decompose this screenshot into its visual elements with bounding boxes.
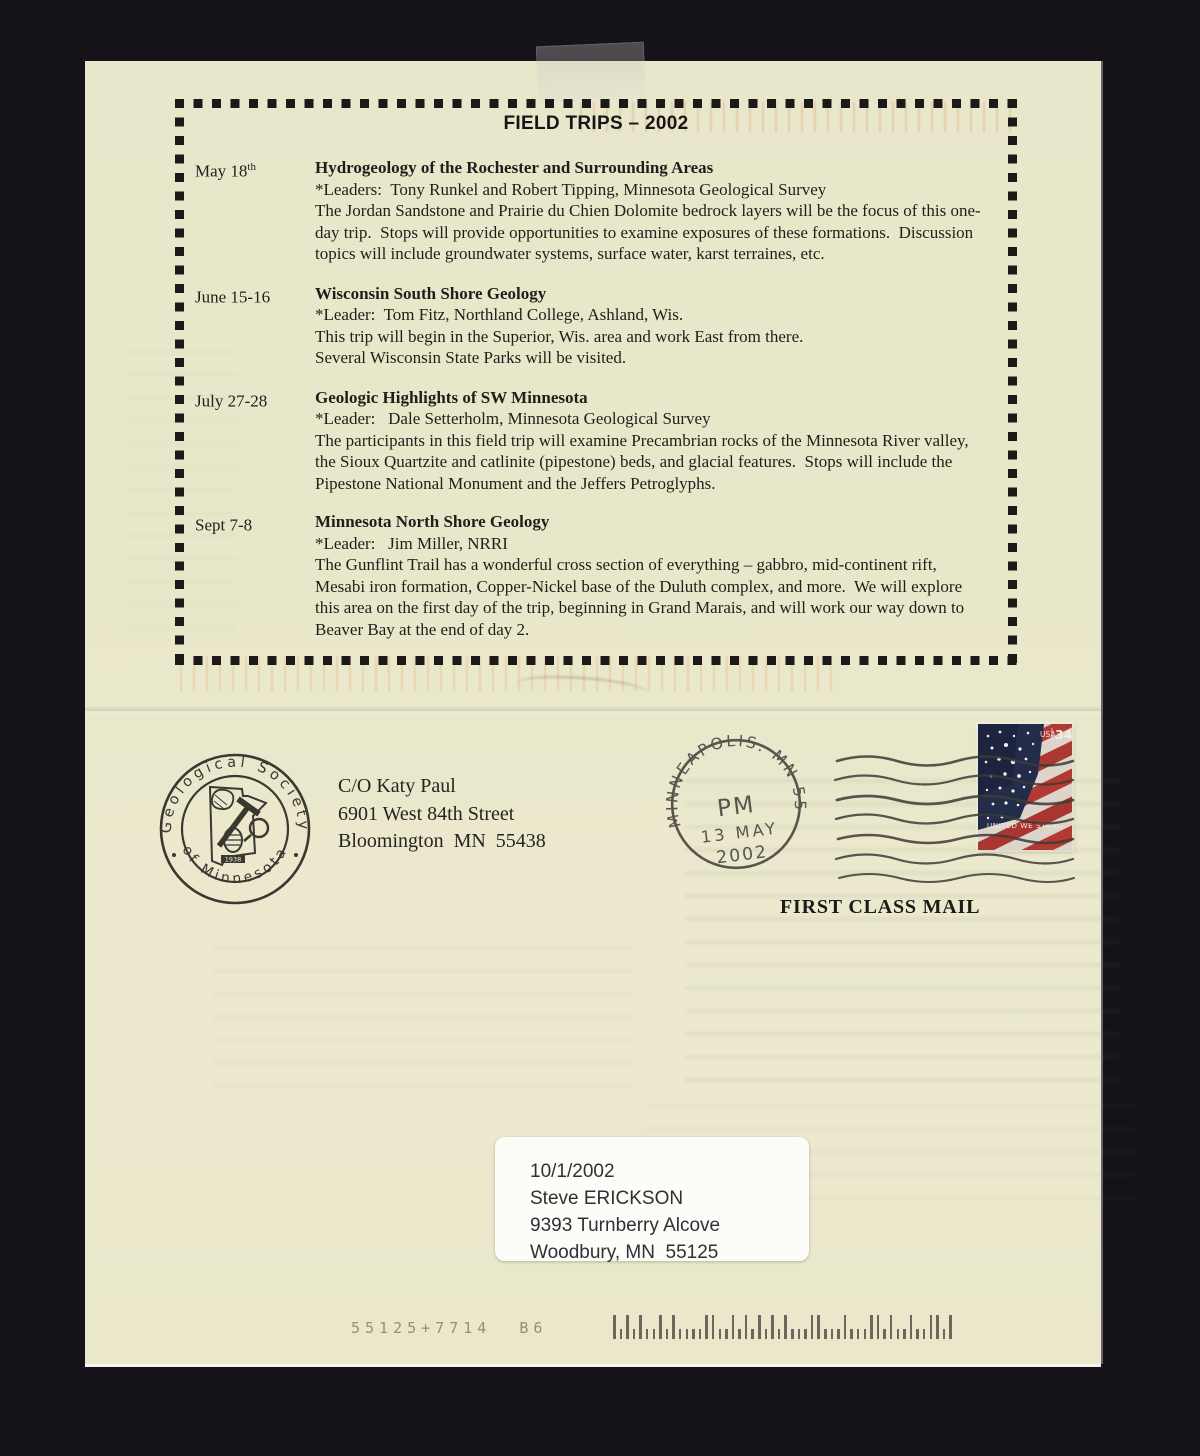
trip-date: May 18th [195, 157, 315, 265]
label-date: 10/1/2002 [530, 1158, 809, 1185]
cancellation-wavy-lines-icon [831, 749, 1079, 889]
return-address-line: Bloomington MN 55438 [338, 828, 546, 856]
return-address: C/O Katy Paul 6901 West 84th Street Bloo… [338, 773, 546, 856]
postmark-meridiem: PM [716, 791, 757, 822]
trip-body: Hydrogeology of the Rochester and Surrou… [315, 157, 987, 265]
field-trips-box: FIELD TRIPS – 2002 May 18th Hydrogeology… [175, 99, 1017, 665]
trip-description: The participants in this field trip will… [315, 430, 987, 495]
dotted-border-right [1008, 99, 1017, 665]
trip-leader: *Leader: Jim Miller, NRRI [315, 533, 987, 555]
postmark-year: 2002 [715, 842, 769, 868]
trip-description: The Gunflint Trail has a wonderful cross… [315, 554, 987, 640]
trip-body: Minnesota North Shore Geology *Leader: J… [315, 511, 987, 640]
seal-arc-bottom-text: of Minnesota [179, 843, 292, 887]
newsletter-back-page: FIELD TRIPS – 2002 May 18th Hydrogeology… [85, 61, 1101, 1364]
return-address-line: 6901 West 84th Street [338, 801, 546, 829]
trip-date: Sept 7-8 [195, 511, 315, 640]
ordinal-suffix: th [247, 161, 256, 173]
trip-date: June 15-16 [195, 283, 315, 369]
trip-date: July 27-28 [195, 387, 315, 495]
label-city-state-zip: Woodbury, MN 55125 [530, 1239, 809, 1266]
scanned-mailer-photo: FIELD TRIPS – 2002 May 18th Hydrogeology… [0, 0, 1200, 1456]
trip-title: Wisconsin South Shore Geology [315, 283, 987, 305]
first-class-mail-endorsement: FIRST CLASS MAIL [780, 896, 980, 919]
hand-lens-icon [244, 819, 268, 841]
trip-entry: June 15-16 Wisconsin South Shore Geology… [195, 283, 987, 369]
seal-year: 1938 [225, 856, 242, 864]
trip-title: Geologic Highlights of SW Minnesota [315, 387, 987, 409]
postnet-barcode-icon [613, 1313, 956, 1339]
dotted-border-bottom [175, 656, 1017, 665]
postmark-stamp-icon: MINNEAPOLIS. MN 55 PM 13 MAY 2002 [646, 714, 827, 895]
trip-description: This trip will begin in the Superior, Wi… [315, 326, 987, 369]
dotted-border-top [175, 99, 1017, 108]
tape-piece [536, 42, 646, 105]
trip-body: Wisconsin South Shore Geology *Leader: T… [315, 283, 987, 369]
stamp-denomination: 34 [1055, 727, 1072, 742]
trip-leader: *Leaders: Tony Runkel and Robert Tipping… [315, 179, 987, 201]
trip-leader: *Leader: Tom Fitz, Northland College, As… [315, 304, 987, 326]
mailing-label: 10/1/2002 Steve ERICKSON 9393 Turnberry … [495, 1137, 809, 1261]
stamp-country: USA [1040, 730, 1056, 739]
bleedthrough-text [213, 929, 633, 1099]
dotted-border-left [175, 99, 184, 665]
fold-crease [85, 706, 1101, 716]
return-address-line: C/O Katy Paul [338, 773, 546, 801]
trip-description: The Jordan Sandstone and Prairie du Chie… [315, 200, 987, 265]
sort-code-text: 55125+7714 B6 [351, 1319, 547, 1337]
trip-entry: Sept 7-8 Minnesota North Shore Geology *… [195, 511, 987, 640]
trip-list: May 18th Hydrogeology of the Rochester a… [195, 157, 987, 640]
minnesota-outline-icon [210, 787, 266, 865]
trip-title: Hydrogeology of the Rochester and Surrou… [315, 157, 987, 179]
trip-leader: *Leader: Dale Setterholm, Minnesota Geol… [315, 408, 987, 430]
trip-title: Minnesota North Shore Geology [315, 511, 987, 533]
trip-entry: May 18th Hydrogeology of the Rochester a… [195, 157, 987, 265]
label-recipient-name: Steve ERICKSON [530, 1185, 809, 1212]
trip-entry: July 27-28 Geologic Highlights of SW Min… [195, 387, 987, 495]
label-street: 9393 Turnberry Alcove [530, 1212, 809, 1239]
postmark-day: 13 MAY [700, 819, 779, 847]
page-title: FIELD TRIPS – 2002 [175, 113, 1017, 135]
trip-body: Geologic Highlights of SW Minnesota *Lea… [315, 387, 987, 495]
geological-society-seal-icon: Geological Society of Minnesota [149, 743, 321, 915]
svg-text:of Minnesota: of Minnesota [179, 843, 292, 887]
